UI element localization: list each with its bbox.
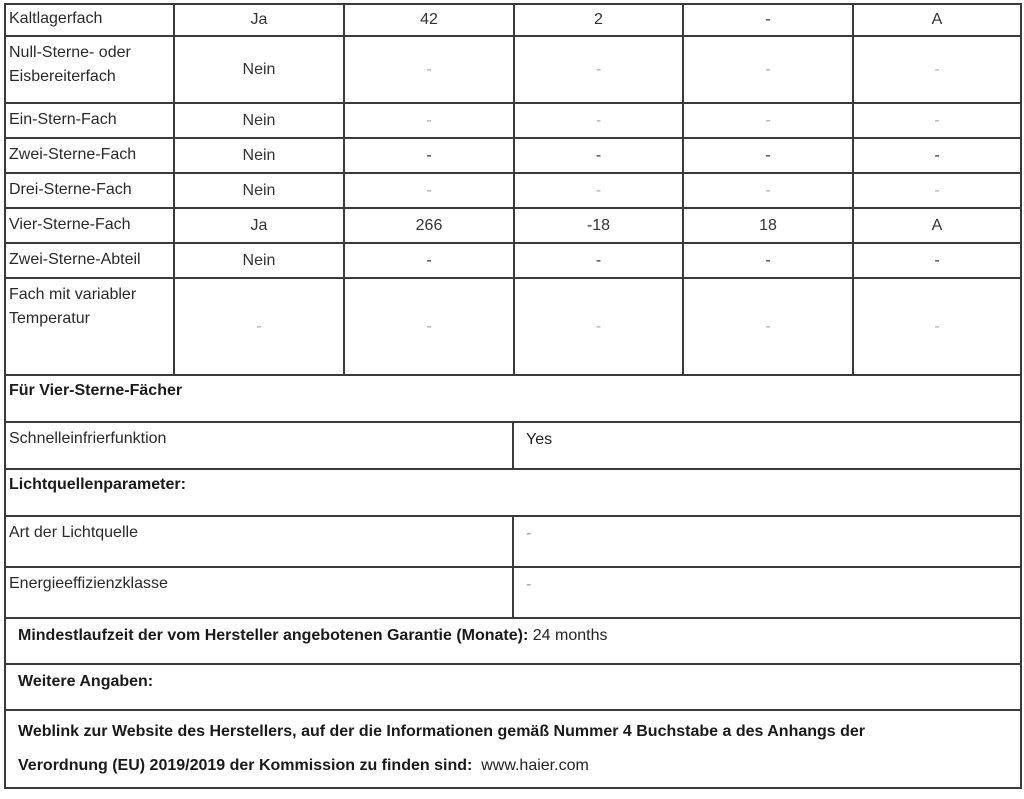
warranty-value: 24 months	[533, 627, 608, 644]
compartment-row: Ein-Stern-FachNein----	[5, 103, 1021, 138]
compartment-name: Zwei-Sterne-Fach	[5, 138, 174, 173]
compartment-climate: -	[853, 103, 1021, 138]
compartment-freeze: -	[683, 173, 853, 208]
warranty-label: Mindestlaufzeit der vom Hersteller angeb…	[18, 627, 528, 644]
energy-label-document: KaltlagerfachJa422-ANull-Sterne- oder Ei…	[4, 3, 1020, 789]
compartment-volume: 266	[344, 208, 514, 243]
compartment-row: Fach mit variabler Temperatur-----	[5, 278, 1021, 375]
compartment-present: Ja	[174, 4, 344, 36]
compartment-name: Ein-Stern-Fach	[5, 103, 174, 138]
compartment-climate: -	[853, 36, 1021, 103]
compartment-volume: 42	[344, 4, 514, 36]
compartment-temp: -	[514, 173, 683, 208]
warranty-row: Mindestlaufzeit der vom Hersteller angeb…	[5, 618, 1021, 664]
light-class-value: -	[513, 567, 1021, 618]
compartment-volume: -	[344, 173, 514, 208]
compartments-table: KaltlagerfachJa422-ANull-Sterne- oder Ei…	[4, 3, 1022, 376]
weblink-text-1: Weblink zur Website des Herstellers, auf…	[18, 715, 1016, 749]
compartment-row: Null-Sterne- oder EisbereiterfachNein---…	[5, 36, 1021, 103]
compartment-volume: -	[344, 103, 514, 138]
four-star-heading: Für Vier-Sterne-Fächer	[5, 375, 1021, 422]
compartment-freeze: 18	[683, 208, 853, 243]
compartment-temp: -	[514, 138, 683, 173]
compartment-volume: -	[344, 278, 514, 375]
compartment-volume: -	[344, 138, 514, 173]
compartment-freeze: -	[683, 103, 853, 138]
compartment-name: Null-Sterne- oder Eisbereiterfach	[5, 36, 174, 103]
further-heading: Weitere Angaben:	[5, 664, 1021, 710]
compartment-climate: A	[853, 4, 1021, 36]
quick-freeze-label: Schnelleinfrierfunktion	[5, 422, 513, 469]
compartment-climate: -	[853, 138, 1021, 173]
compartment-name: Kaltlagerfach	[5, 4, 174, 36]
compartment-climate: -	[853, 173, 1021, 208]
compartment-temp: 2	[514, 4, 683, 36]
compartment-freeze: -	[683, 243, 853, 278]
compartment-freeze: -	[683, 138, 853, 173]
compartment-present: Nein	[174, 138, 344, 173]
weblink-row: Weblink zur Website des Herstellers, auf…	[5, 710, 1021, 788]
compartment-temp: -	[514, 36, 683, 103]
compartment-name: Drei-Sterne-Fach	[5, 173, 174, 208]
light-class-label: Energieeffizienzklasse	[5, 567, 513, 618]
compartment-name: Vier-Sterne-Fach	[5, 208, 174, 243]
compartment-climate: -	[853, 278, 1021, 375]
compartment-temp: -	[514, 278, 683, 375]
compartment-present: Nein	[174, 36, 344, 103]
light-heading: Lichtquellenparameter:	[5, 469, 1021, 516]
compartment-climate: A	[853, 208, 1021, 243]
compartment-present: Nein	[174, 243, 344, 278]
compartment-temp: -18	[514, 208, 683, 243]
compartment-name: Fach mit variabler Temperatur	[5, 278, 174, 375]
compartment-present: -	[174, 278, 344, 375]
compartment-volume: -	[344, 36, 514, 103]
light-type-value: -	[513, 516, 1021, 567]
compartment-freeze: -	[683, 4, 853, 36]
details-table: Für Vier-Sterne-Fächer Schnelleinfrierfu…	[4, 374, 1022, 789]
compartment-row: Drei-Sterne-FachNein----	[5, 173, 1021, 208]
compartment-row: Zwei-Sterne-FachNein----	[5, 138, 1021, 173]
compartment-name: Zwei-Sterne-Abteil	[5, 243, 174, 278]
compartment-temp: -	[514, 243, 683, 278]
compartment-present: Ja	[174, 208, 344, 243]
compartment-row: KaltlagerfachJa422-A	[5, 4, 1021, 36]
compartment-temp: -	[514, 103, 683, 138]
light-type-label: Art der Lichtquelle	[5, 516, 513, 567]
compartment-freeze: -	[683, 278, 853, 375]
compartment-row: Zwei-Sterne-AbteilNein----	[5, 243, 1021, 278]
weblink-url[interactable]: www.haier.com	[481, 757, 589, 774]
compartment-volume: -	[344, 243, 514, 278]
compartment-climate: -	[853, 243, 1021, 278]
weblink-text-2: Verordnung (EU) 2019/2019 der Kommission…	[18, 757, 472, 774]
compartment-freeze: -	[683, 36, 853, 103]
quick-freeze-value: Yes	[513, 422, 1021, 469]
compartment-present: Nein	[174, 103, 344, 138]
compartment-row: Vier-Sterne-FachJa266-1818A	[5, 208, 1021, 243]
compartment-present: Nein	[174, 173, 344, 208]
